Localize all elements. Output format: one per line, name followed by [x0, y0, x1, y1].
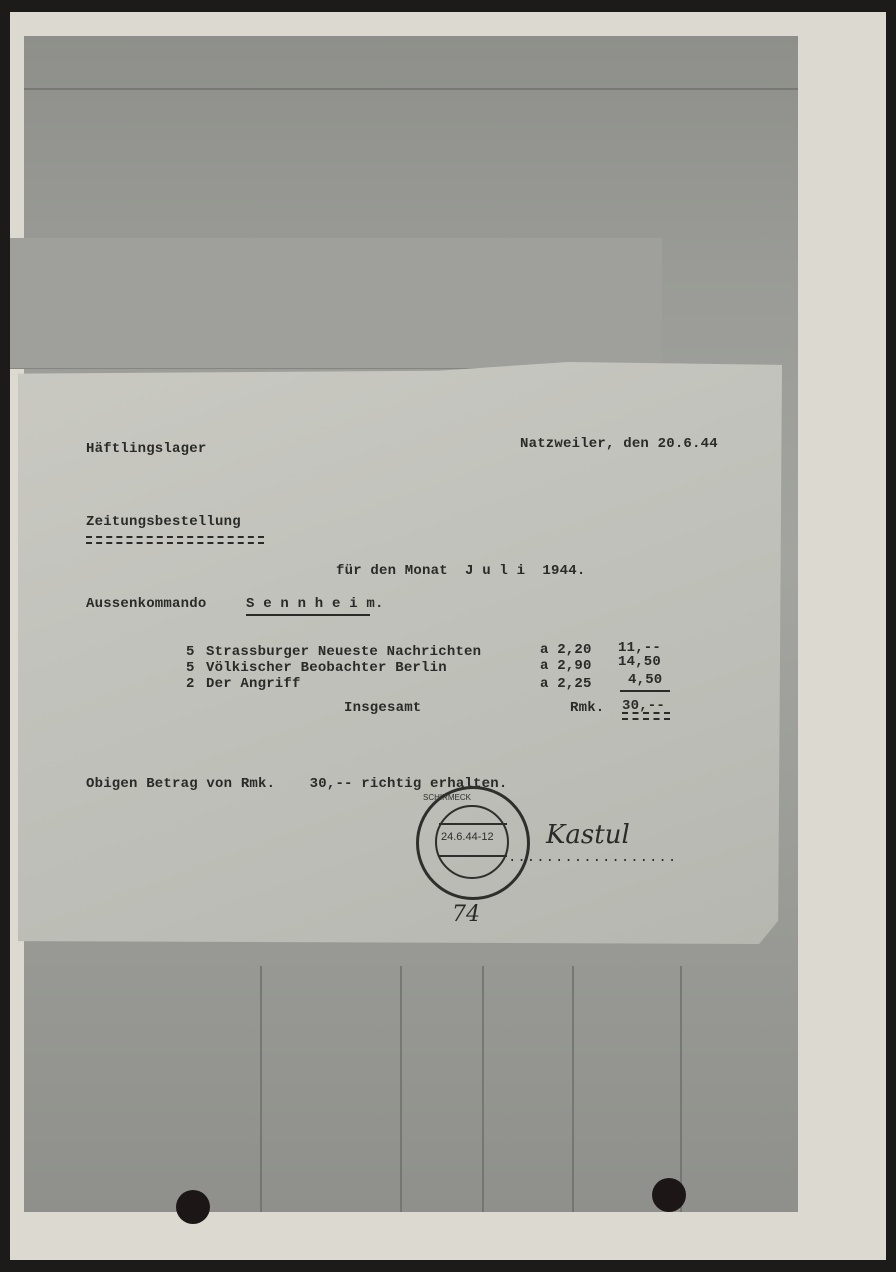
item-qty: 2: [186, 676, 195, 692]
item-name: Der Angriff: [206, 676, 301, 692]
total-label: Insgesamt: [344, 700, 421, 716]
item-total: 4,50: [628, 672, 662, 688]
header-camp: Häftlingslager: [86, 441, 206, 457]
kommando-name: S e n n h e i m.: [246, 596, 384, 612]
item-unit-price: a 2,90: [540, 658, 592, 674]
total-double-underline: [622, 712, 670, 720]
kommando-underline: [246, 614, 370, 616]
stamp-date: 24.6.44-12: [441, 831, 494, 843]
page-number: 74: [452, 902, 480, 927]
signature: Kastul: [546, 820, 630, 850]
signature-line: ..................: [508, 850, 677, 866]
subtotal-rule: [620, 690, 670, 692]
item-name: Völkischer Beobachter Berlin: [206, 660, 447, 676]
postmark-stamp: SCHIRMECK 24.6.44-12: [416, 786, 530, 900]
paper-shadow: [10, 238, 662, 369]
item-qty: 5: [186, 644, 195, 660]
receipt-confirmation: Obigen Betrag von Rmk. 30,-- richtig erh…: [86, 776, 507, 792]
stamp-ring-text: SCHIRMECK: [423, 793, 471, 802]
title-double-underline: [86, 536, 264, 544]
item-total: 14,50: [618, 654, 661, 670]
punch-hole-right: [652, 1178, 686, 1212]
total-currency: Rmk.: [570, 700, 604, 716]
kommando-label: Aussenkommando: [86, 596, 206, 612]
item-name: Strassburger Neueste Nachrichten: [206, 644, 481, 660]
punch-hole-left: [176, 1190, 210, 1224]
document-title: Zeitungsbestellung: [86, 514, 241, 530]
item-unit-price: a 2,20: [540, 642, 592, 658]
item-qty: 5: [186, 660, 195, 676]
item-unit-price: a 2,25: [540, 676, 592, 692]
header-place-date: Natzweiler, den 20.6.44: [520, 436, 718, 452]
month-line: für den Monat J u l i 1944.: [336, 563, 585, 579]
